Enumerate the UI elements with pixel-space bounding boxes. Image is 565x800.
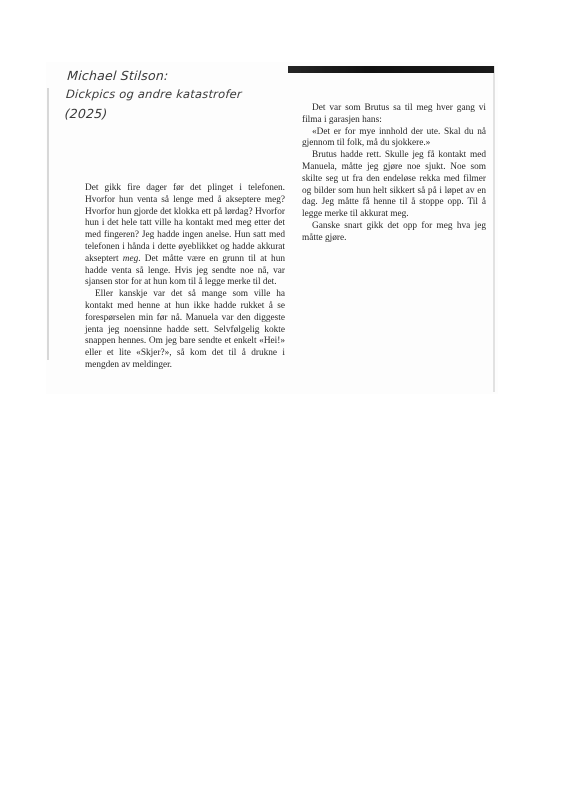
right-page-edge <box>493 66 495 392</box>
left-page-text: Det gikk fire dager før det plinget i te… <box>85 183 285 372</box>
handwritten-year: (2025) <box>64 104 280 123</box>
paragraph: Brutus hadde rett. Skulle jeg få kontakt… <box>302 150 486 221</box>
right-page-top-bar <box>288 66 494 73</box>
handwritten-note: Michael Stilson: Dickpics og andre katas… <box>64 66 283 123</box>
handwritten-title: Dickpics og andre katastrofer <box>65 85 281 104</box>
paragraph: Det gikk fire dager før det plinget i te… <box>85 183 285 289</box>
text-span: Det gikk fire dager før det plinget i te… <box>85 183 285 264</box>
paragraph: Eller kanskje var det så mange som ville… <box>85 289 285 372</box>
italic-emphasis: meg <box>123 254 139 264</box>
handwritten-author: Michael Stilson: <box>67 66 283 85</box>
left-page-edge <box>47 88 49 360</box>
right-page-text: Det var som Brutus sa til meg hver gang … <box>302 103 486 245</box>
paragraph: Det var som Brutus sa til meg hver gang … <box>302 103 486 127</box>
paragraph: Ganske snart gikk det opp for meg hva je… <box>302 221 486 245</box>
paragraph: «Det er for mye innhold der ute. Skal du… <box>302 127 486 151</box>
